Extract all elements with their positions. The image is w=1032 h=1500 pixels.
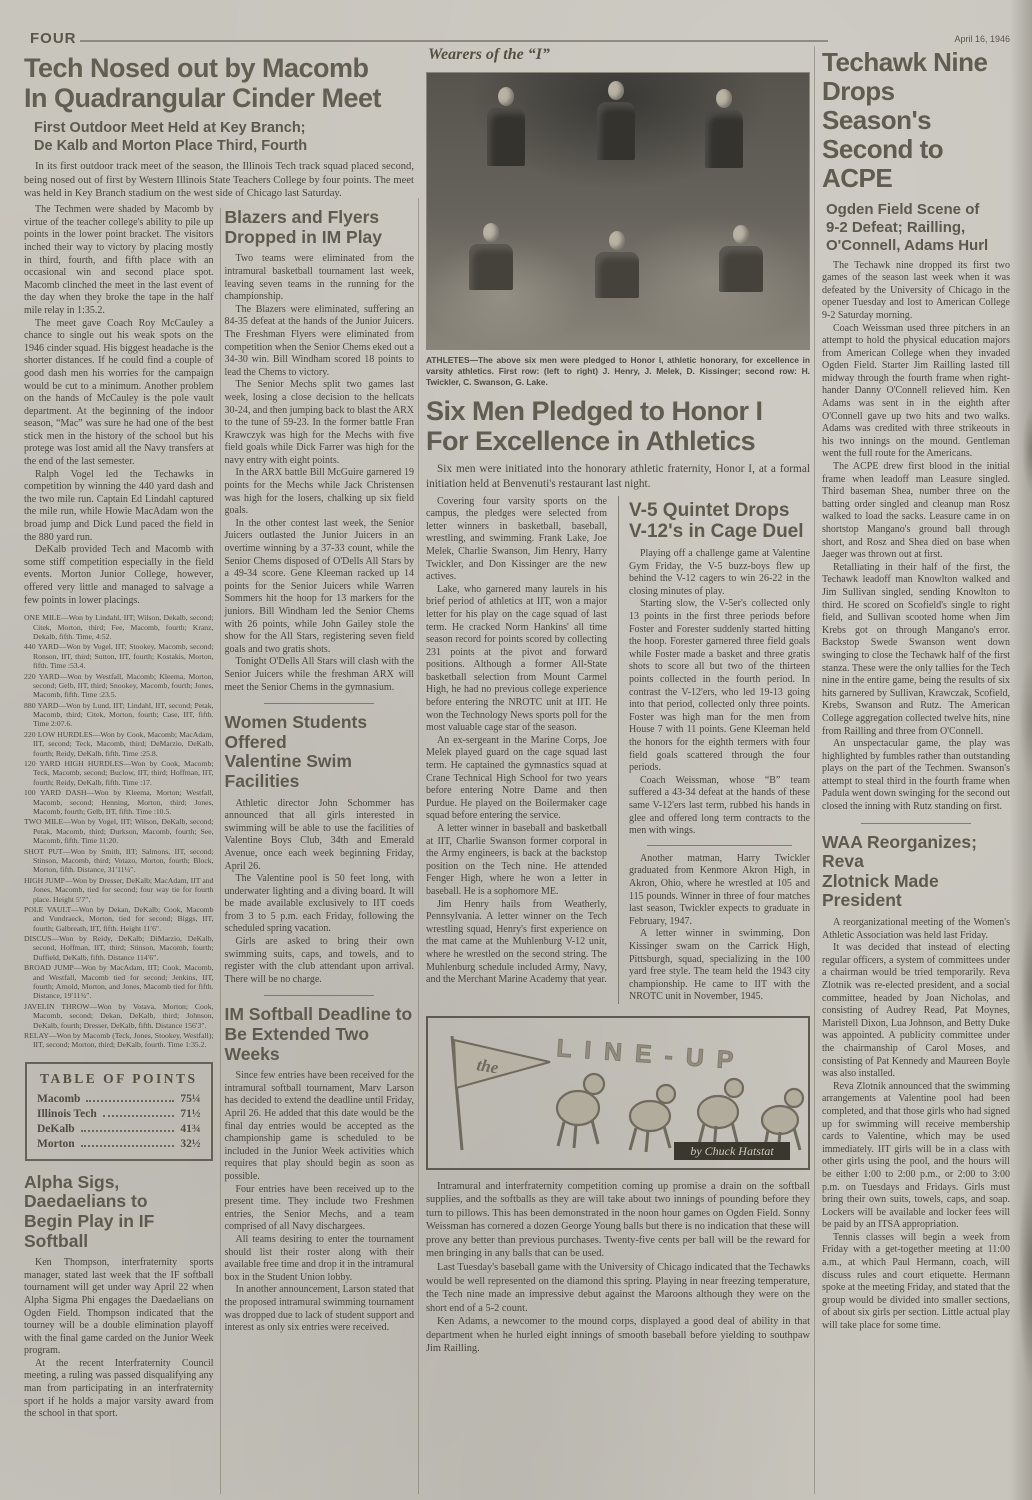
paragraph: The Techmen were shaded by Macomb by vir… (24, 204, 214, 317)
cartoon-player (698, 1079, 743, 1150)
page-folio: FOUR (30, 30, 77, 47)
headline-line: Begin Play in IF Softball (24, 1212, 214, 1251)
headline-line: WAA Reorganizes; Reva (822, 833, 1010, 872)
column-2: Blazers and Flyers Dropped in IM Play Tw… (225, 204, 415, 1421)
result-item: SHOT PUT—Won by Smith, IIT; Salmons, IIT… (24, 847, 214, 875)
paragraph: Covering four varsity sports on the camp… (426, 496, 607, 584)
paragraph: Another matman, Harry Twickler graduated… (629, 853, 810, 929)
honor-headline: Six Men Pledged to Honor I For Excellenc… (426, 396, 810, 456)
paragraph: Girls are asked to bring their own swimm… (225, 936, 415, 986)
headline-line: V-5 Quintet Drops (629, 500, 810, 521)
column-divider (814, 46, 815, 1494)
section-rule (264, 703, 374, 704)
table-row: Morton 32½ (37, 1138, 201, 1150)
swim-headline: Women Students Offered Valentine Swim Fa… (225, 713, 415, 791)
paragraph: A reorganizational meeting of the Women'… (822, 917, 1010, 942)
right-section: April 16, 1946 Techawk Nine Drops Season… (822, 34, 1010, 1333)
dot-leader (86, 1100, 174, 1102)
team-points: 75¼ (180, 1093, 200, 1105)
v5-column: V-5 Quintet Drops V-12's in Cage Duel Pl… (618, 496, 810, 1004)
team-name: Macomb (37, 1093, 80, 1105)
headline-line: Blazers and Flyers (225, 208, 415, 228)
lineup-cartoon-art: the L I N E - U P (428, 1018, 808, 1168)
lineup-cartoon: the L I N E - U P (426, 1016, 810, 1170)
honor-i-photo (426, 72, 810, 350)
subhead-line: First Outdoor Meet Held at Key Branch; (34, 120, 414, 137)
paragraph: Coach Weissman, whose “B” team suffered … (629, 775, 810, 838)
headline-line: Be Extended Two Weeks (225, 1025, 415, 1064)
headline-line: Dropped in IM Play (225, 228, 415, 248)
lineup-column-text: Intramural and interfraternity competiti… (426, 1180, 810, 1356)
paragraph: In the other contest last week, the Seni… (225, 518, 415, 657)
cartoon-player (557, 1074, 604, 1148)
team-name: DeKalb (37, 1123, 75, 1135)
track-headline: Tech Nosed out by Macomb In Quadrangular… (24, 54, 414, 113)
paragraph: Last Tuesday's baseball game with the Un… (426, 1261, 810, 1315)
headline-line: Second to ACPE (822, 135, 1010, 193)
subhead-line: O'Connell, Adams Hurl (826, 237, 1010, 255)
headline-line: Alpha Sigs, Daedaelians to (24, 1173, 214, 1212)
result-item: TWO MILE—Won by Vogel, IIT; Wilson, DeKa… (24, 817, 214, 845)
middle-section: Wearers of the “I” ATHLETES—The above si… (426, 46, 810, 1356)
paragraph: The meet gave Coach Roy McCauley a chanc… (24, 318, 214, 469)
table-row: Macomb 75¼ (37, 1093, 201, 1105)
lineup-title-text: L I N E - U P (556, 1034, 738, 1075)
acpe-subhead: Ogden Field Scene of 9-2 Defeat; Raillin… (826, 201, 1010, 255)
waa-headline: WAA Reorganizes; Reva Zlotnick Made Pres… (822, 833, 1010, 911)
left-section: Tech Nosed out by Macomb In Quadrangular… (24, 54, 414, 1421)
paragraph: In another announcement, Larson stated t… (225, 1284, 415, 1334)
track-lead: In its first outdoor track meet of the s… (24, 160, 414, 200)
table-row: Illinois Tech 71½ (37, 1108, 201, 1120)
photo-figure (705, 89, 743, 168)
paragraph: It was decided that instead of electing … (822, 942, 1010, 1081)
track-results: ONE MILE—Won by Lindahl, IIT; Wilson, De… (24, 613, 214, 1050)
column-1: The Techmen were shaded by Macomb by vir… (24, 204, 214, 1421)
section-rule (647, 845, 792, 846)
paragraph: Playing off a challenge game at Valentin… (629, 548, 810, 598)
paragraph: Jim Henry hails from Weatherly, Pennsylv… (426, 899, 607, 987)
dot-leader (81, 1145, 175, 1147)
pennant-text: the (475, 1055, 500, 1077)
paragraph: At the recent Interfraternity Council me… (24, 1358, 214, 1421)
paragraph: Two teams were eliminated from the intra… (225, 253, 415, 303)
result-item: HIGH JUMP—Won by Dresser, DeKalb; MacAda… (24, 876, 214, 904)
team-points: 71½ (180, 1108, 200, 1120)
newspaper-page: FOUR Tech Nosed out by Macomb In Quadran… (0, 0, 1032, 1500)
headline-line: Zlotnick Made President (822, 872, 1010, 911)
paragraph: Ken Adams, a newcomer to the mound corps… (426, 1315, 810, 1356)
table-title: TABLE OF POINTS (37, 1071, 201, 1087)
subhead-line: Ogden Field Scene of (826, 201, 1010, 219)
photo-figure (597, 81, 635, 160)
headline-line: For Excellence in Athletics (426, 426, 810, 456)
result-item: JAVELIN THROW—Won by Votava, Morton; Coo… (24, 1002, 214, 1030)
column-divider (418, 198, 419, 1494)
result-item: 120 YARD HIGH HURDLES—Won by Cook, Macom… (24, 759, 214, 787)
paragraph: An unspectacular game, the play was high… (822, 738, 1010, 814)
headline-line: IM Softball Deadline to (225, 1005, 415, 1025)
paragraph: An ex-sergeant in the Marine Corps, Joe … (426, 735, 607, 823)
result-item: POLE VAULT—Won by Dekan, DeKalb; Cook, M… (24, 905, 214, 933)
track-subhead: First Outdoor Meet Held at Key Branch; D… (34, 120, 414, 155)
paragraph: The ACPE drew first blood in the initial… (822, 461, 1010, 562)
result-item: 880 YARD—Won by Lund, IIT; Lindahl, IIT,… (24, 701, 214, 729)
paragraph: The Blazers were eliminated, suffering a… (225, 304, 415, 380)
paragraph: Tonight O'Dells All Stars will clash wit… (225, 656, 415, 694)
photo-figure (719, 225, 763, 292)
paragraph: Reva Zlotnik announced that the swimming… (822, 1081, 1010, 1232)
team-name: Illinois Tech (37, 1108, 97, 1120)
paragraph: Ralph Vogel led the Techawks in competit… (24, 469, 214, 545)
cartoon-credit-text: by Chuck Hatstat (690, 1144, 774, 1158)
result-item: BROAD JUMP—Won by MacAdam, IIT; Cook, Ma… (24, 963, 214, 1001)
dot-leader (103, 1115, 175, 1117)
section-rule (264, 995, 374, 996)
dot-leader (81, 1130, 175, 1132)
v5-headline: V-5 Quintet Drops V-12's in Cage Duel (629, 500, 810, 543)
headline-line: Women Students Offered (225, 713, 415, 752)
page-date: April 16, 1946 (822, 34, 1010, 44)
table-of-points: TABLE OF POINTS Macomb 75¼ Illinois Tech… (25, 1062, 213, 1161)
headline-line: Tech Nosed out by Macomb (24, 54, 414, 84)
photo-figure (469, 223, 513, 290)
paragraph: All teams desiring to enter the tourname… (225, 1234, 415, 1284)
result-item: DISCUS—Won by Reidy, DeKalb; DiMarzio, D… (24, 934, 214, 962)
team-name: Morton (37, 1138, 75, 1150)
photo-figure (595, 231, 639, 298)
result-item: RELAY—Won by Macomb (Teck, Jones, Stooke… (24, 1031, 214, 1050)
paragraph: Lake, who garnered many laurels in his b… (426, 584, 607, 735)
paragraph: The Techawk nine dropped its first two g… (822, 260, 1010, 323)
cartoon-player (630, 1085, 675, 1152)
acpe-headline: Techawk Nine Drops Season's Second to AC… (822, 48, 1010, 194)
table-row: DeKalb 41¾ (37, 1123, 201, 1135)
result-item: ONE MILE—Won by Lindahl, IIT; Wilson, De… (24, 613, 214, 641)
paragraph: A letter winner in baseball and basketba… (426, 823, 607, 899)
paragraph: Retalliating in their half of the first,… (822, 562, 1010, 738)
paragraph: In the ARX battle Bill McGuire garnered … (225, 467, 415, 517)
team-points: 41¾ (180, 1123, 200, 1135)
headline-line: Valentine Swim Facilities (225, 752, 415, 791)
team-points: 32½ (180, 1138, 200, 1150)
result-item: 220 YARD—Won by Westfall, Macomb; Kleema… (24, 672, 214, 700)
paragraph: Athletic director John Schommer has anno… (225, 798, 415, 874)
honor-lead: Six men were initiated into the honorary… (426, 462, 810, 491)
paragraph: A letter winner in swimming, Don Kissing… (629, 928, 810, 1004)
paragraph: Intramural and interfraternity competiti… (426, 1180, 810, 1261)
paragraph: The Valentine pool is 50 feet long, with… (225, 873, 415, 936)
paragraph: Starting slow, the V-5er's collected onl… (629, 598, 810, 774)
paragraph: The Senior Mechs split two games last we… (225, 379, 415, 467)
headline-line: Techawk Nine (822, 48, 1010, 77)
im-play-headline: Blazers and Flyers Dropped in IM Play (225, 208, 415, 247)
paragraph: Coach Weissman used three pitchers in an… (822, 323, 1010, 462)
section-rule (861, 823, 970, 824)
photo-figure (487, 87, 525, 166)
paragraph: Ken Thompson, interfraternity sports man… (24, 1257, 214, 1358)
headline-line: In Quadrangular Cinder Meet (24, 84, 414, 114)
if-softball-headline: Alpha Sigs, Daedaelians to Begin Play in… (24, 1173, 214, 1251)
result-item: 100 YARD DASH—Won by Kleema, Morton; Wes… (24, 788, 214, 816)
subhead-line: De Kalb and Morton Place Third, Fourth (34, 138, 414, 155)
subhead-line: 9-2 Defeat; Railling, (826, 219, 1010, 237)
paragraph: Tennis classes will begin a week from Fr… (822, 1232, 1010, 1333)
headline-line: V-12's in Cage Duel (629, 521, 810, 542)
im-softball-headline: IM Softball Deadline to Be Extended Two … (225, 1005, 415, 1064)
paragraph: Since few entries have been received for… (225, 1070, 415, 1183)
photo-kicker: Wearers of the “I” (428, 46, 810, 64)
headline-line: Six Men Pledged to Honor I (426, 396, 810, 426)
result-item: 220 LOW HURDLES—Won by Cook, Macomb; Mac… (24, 730, 214, 758)
paragraph: DeKalb provided Tech and Macomb with som… (24, 544, 214, 607)
top-rule (80, 40, 828, 42)
result-item: 440 YARD—Won by Vogel, IIT; Stookey, Mac… (24, 642, 214, 670)
headline-line: Drops Season's (822, 77, 1010, 135)
honor-column: Covering four varsity sports on the camp… (426, 496, 607, 1004)
paragraph: Four entries have been received up to th… (225, 1184, 415, 1234)
photo-caption: ATHLETES—The above six men were pledged … (426, 355, 810, 388)
